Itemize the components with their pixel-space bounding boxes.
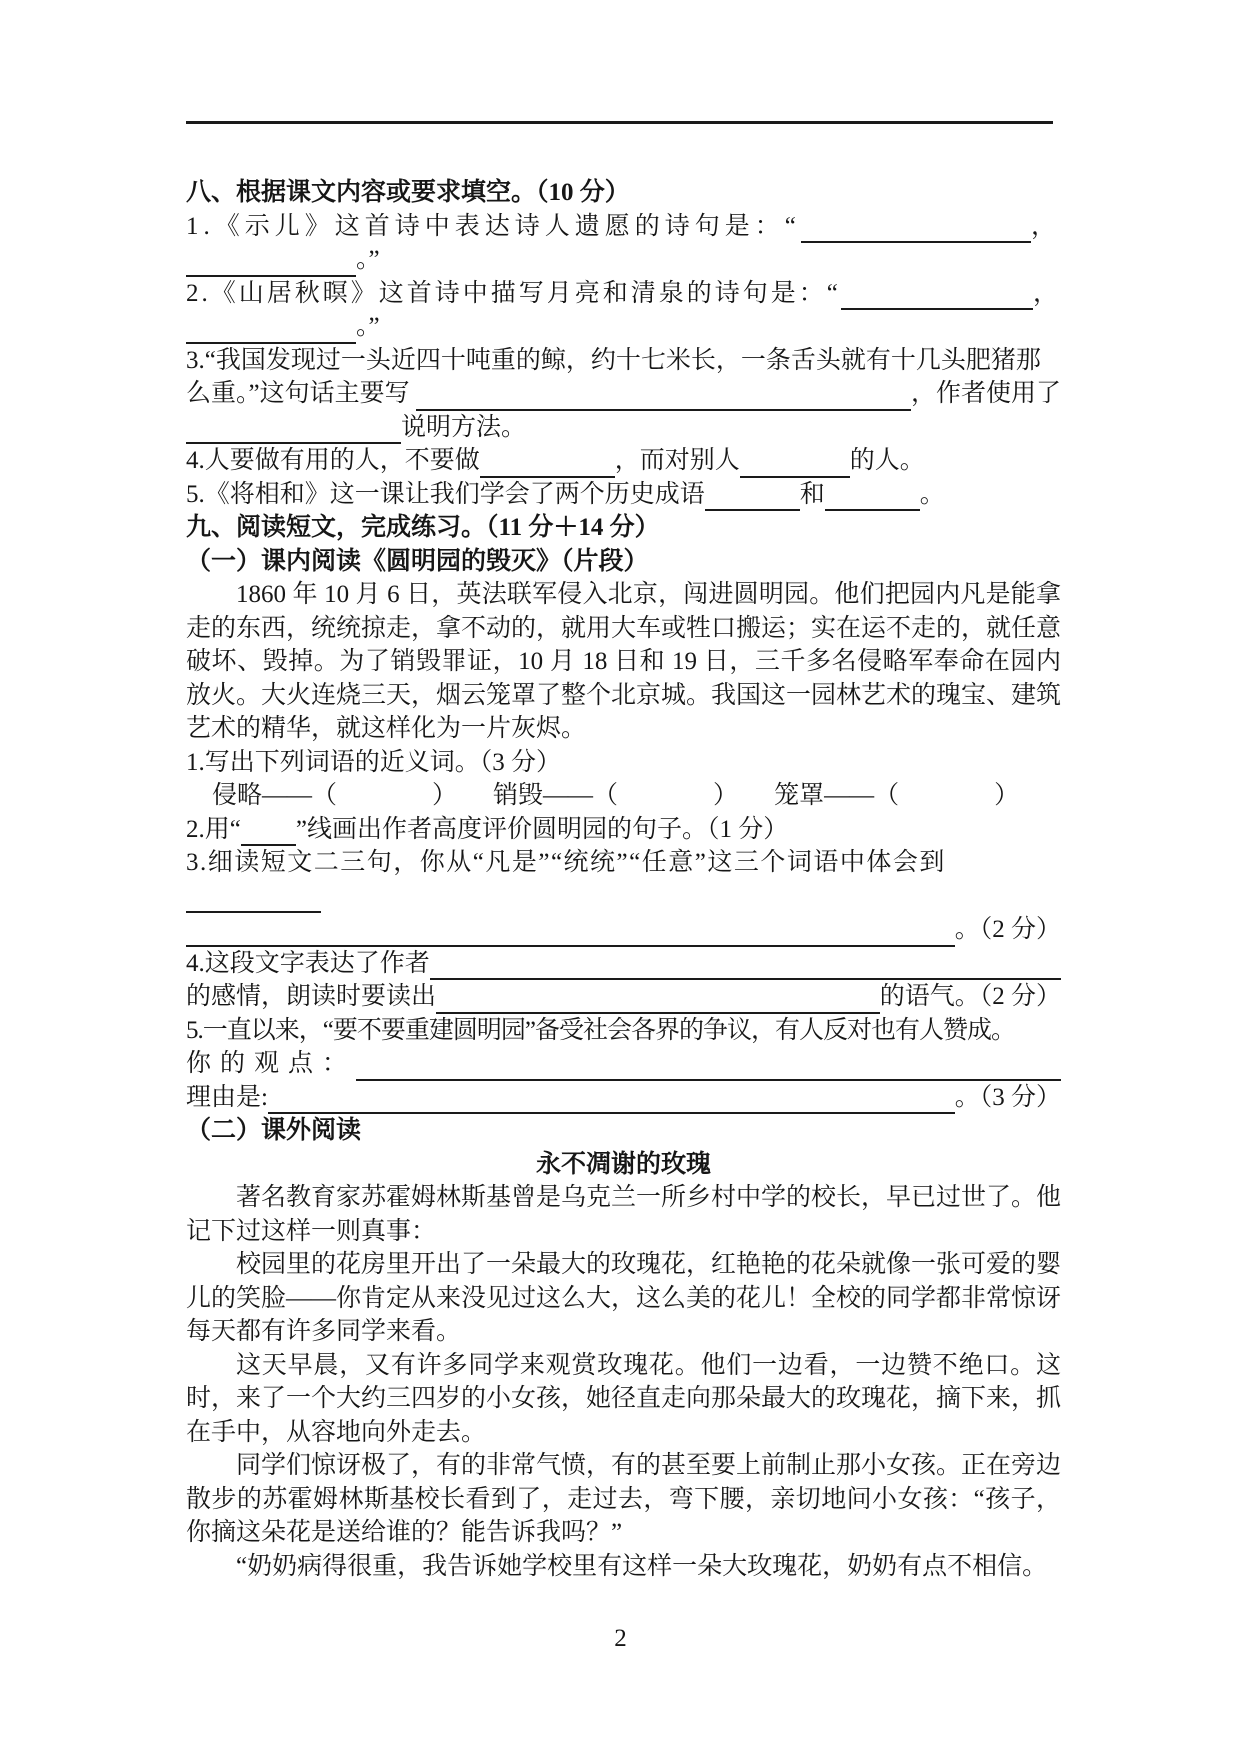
answer-blank [186, 412, 401, 444]
story-paragraph-5: “奶奶病得很重，我告诉她学校里有这样一朵大玫瑰花，奶奶有点不相信。 [186, 1550, 1061, 1584]
text-segment: ） [994, 779, 1019, 813]
answer-blank [356, 1049, 1061, 1081]
q9-1-3-line2 [186, 880, 1061, 914]
text-segment: 5.《将相和》这一课让我们学会了两个历史成语 [186, 478, 705, 512]
q9-1-3-line3: 。（2 分） [186, 913, 1061, 947]
text-segment: 5.一直以来，“要不要重建圆明园”备受社会各界的争议，有人反对也有人赞成。 [186, 1014, 1015, 1048]
text-segment: 笼罩——（ [774, 779, 899, 813]
story-paragraph-2: 校园里的花房里开出了一朵最大的玫瑰花，红艳艳的花朵就像一张可爱的婴儿的笑脸——你… [186, 1248, 1061, 1349]
answer-blank [186, 915, 955, 947]
text-segment: ） [713, 779, 738, 813]
text-segment: 的语气。（2 分） [880, 980, 1061, 1014]
text-segment: ，而对别人 [615, 444, 740, 478]
text-segment: ） [432, 779, 457, 813]
q9-1-1-line: 1.写出下列词语的近义词。（3 分） [186, 746, 1061, 780]
q9-1-4-line1: 4.这段文字表达了作者 [186, 947, 1061, 981]
story-paragraph-1: 著名教育家苏霍姆林斯基曾是乌克兰一所乡村中学的校长，早已过世了。他记下过这样一则… [186, 1181, 1061, 1248]
story-paragraph-3: 这天早晨，又有许多同学来观赏玫瑰花。他们一边看，一边赞不绝口。这时，来了一个大约… [186, 1349, 1061, 1450]
text-segment: 么重。”这句话主要写 [186, 377, 416, 411]
answer-blank [416, 379, 911, 411]
text-segment: 2.用“ [186, 813, 241, 847]
text-segment: 说明方法。 [401, 411, 526, 445]
text-segment: 1.写出下列词语的近义词。（3 分） [186, 746, 561, 780]
q9-1-2-line: 2.用“”线画出作者高度评价圆明园的句子。（1 分） [186, 813, 1061, 847]
passage-yuanmingyuan: 1860 年 10 月 6 日，英法联军侵入北京，闯进圆明园。他们把园内凡是能拿… [186, 578, 1061, 746]
section-9-heading: 九、阅读短文，完成练习。（11 分＋14 分） [186, 511, 1061, 545]
answer-blank [186, 312, 356, 344]
answer-blank [801, 211, 1031, 243]
answer-blank [436, 982, 880, 1014]
answer-blank [268, 1082, 955, 1114]
text-segment: 3.“我国发现过一头近四十吨重的鲸，约十七米长，一条舌头就有十几头肥猪那 [186, 344, 1041, 378]
text-segment: 2.《山居秋暝》这首诗中描写月亮和清泉的诗句是：“ [186, 277, 841, 311]
text-segment: 1.《示儿》这首诗中表达诗人遗愿的诗句是：“ [186, 210, 801, 244]
q9-1-5-line2: 你的观点： [186, 1047, 1061, 1081]
text-segment: 4.这段文字表达了作者 [186, 947, 430, 981]
answer-blank [186, 245, 356, 277]
text-segment: ， [1031, 210, 1061, 244]
q8-5-line: 5.《将相和》这一课让我们学会了两个历史成语和。 [186, 478, 1061, 512]
text-segment: 。” [356, 310, 380, 344]
header-rule [186, 121, 1053, 124]
answer-blank [740, 446, 850, 478]
text-segment: 。 [920, 478, 945, 512]
story-paragraph-4: 同学们惊讶极了，有的非常气愤，有的甚至要上前制止那小女孩。正在旁边散步的苏霍姆林… [186, 1449, 1061, 1550]
q9-1-3-line1: 3.细读短文二三句，你从“凡是”“统统”“任意”这三个词语中体会到 [186, 846, 1061, 880]
q8-4-line: 4.人要做有用的人，不要做，而对别人的人。 [186, 444, 1061, 478]
answer-blank [825, 479, 920, 511]
answer-blank [186, 881, 321, 913]
q9-1-5-line3: 理由是:。（3 分） [186, 1081, 1061, 1115]
answer-blank [480, 446, 615, 478]
answer-blank [841, 278, 1033, 310]
q8-2-line2: 。” [186, 310, 1061, 344]
text-segment: 侵略——（ [212, 779, 337, 813]
exam-paper-page: 八、根据课文内容或要求填空。（10 分）1.《示儿》这首诗中表达诗人遗愿的诗句是… [0, 0, 1241, 1754]
answer-blank [430, 948, 1061, 980]
text-segment: 3.细读短文二三句，你从“凡是”“统统”“任意”这三个词语中体会到 [186, 846, 946, 880]
section-9-2-heading: （二）课外阅读 [186, 1114, 1061, 1148]
q8-1-line1: 1.《示儿》这首诗中表达诗人遗愿的诗句是：“， [186, 210, 1061, 244]
section-9-1-heading: （一）课内阅读《圆明园的毁灭》（片段） [186, 545, 1061, 579]
text-segment: 你的观点： [186, 1047, 356, 1081]
answer-blank [705, 479, 800, 511]
text-segment: 。（2 分） [955, 913, 1061, 947]
text-segment: 。” [356, 243, 380, 277]
story-title: 永不凋谢的玫瑰 [186, 1148, 1061, 1182]
text-segment: ， [1033, 277, 1061, 311]
text-segment: ，作者使用了 [911, 377, 1061, 411]
q8-1-line2: 。” [186, 243, 1061, 277]
q8-3-line2: 么重。”这句话主要写 ，作者使用了 [186, 377, 1061, 411]
text-segment: ”线画出作者高度评价圆明园的句子。（1 分） [296, 813, 788, 847]
section-8-heading: 八、根据课文内容或要求填空。（10 分） [186, 176, 1061, 210]
q9-1-5-line1: 5.一直以来，“要不要重建圆明园”备受社会各界的争议，有人反对也有人赞成。 [186, 1014, 1061, 1048]
text-segment: 的感情，朗读时要读出 [186, 980, 436, 1014]
text-segment: 和 [800, 478, 825, 512]
answer-blank [241, 814, 296, 846]
text-segment: 销毁——（ [493, 779, 618, 813]
q8-2-line1: 2.《山居秋暝》这首诗中描写月亮和清泉的诗句是：“， [186, 277, 1061, 311]
q9-1-1-words: 侵略——（）销毁——（）笼罩——（） [186, 779, 1061, 813]
text-segment: 。（3 分） [955, 1081, 1061, 1115]
q8-3-line1: 3.“我国发现过一头近四十吨重的鲸，约十七米长，一条舌头就有十几头肥猪那 [186, 344, 1061, 378]
text-segment: 4.人要做有用的人，不要做 [186, 444, 480, 478]
text-segment: 理由是: [186, 1081, 268, 1115]
q9-1-4-line2: 的感情，朗读时要读出的语气。（2 分） [186, 980, 1061, 1014]
q8-3-line3: 说明方法。 [186, 411, 1061, 445]
document-content: 八、根据课文内容或要求填空。（10 分）1.《示儿》这首诗中表达诗人遗愿的诗句是… [186, 176, 1061, 1583]
page-number: 2 [0, 1622, 1241, 1656]
text-segment: 的人。 [850, 444, 925, 478]
